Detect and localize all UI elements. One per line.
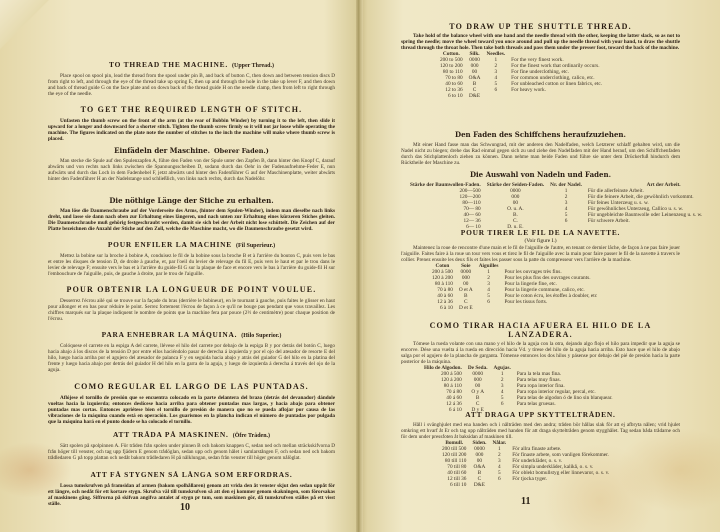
right-page: To Draw Up the Shuttle Thread. Take hold… (363, 0, 720, 532)
table-cell: D&E (466, 93, 484, 99)
section-thread-machine-es: Para Enhebrar la Máquina.(Hilo Superior.… (48, 330, 335, 373)
table-cell: D et E (456, 305, 476, 311)
table-cell: 6 till 10 (439, 482, 469, 488)
left-page: To Thread the Machine.(Upper Thread.) Pl… (0, 0, 357, 532)
section-title: Den Faden des Schiffchens heraufzuziehen… (401, 130, 680, 139)
table-cell: 6 to 10 (437, 93, 466, 99)
section-shuttle-thread-es: Como Tirar Hacia Afuera el Hilo de la La… (401, 321, 680, 413)
section-text: Desserrez l'écrou ailé qui se trouve sur… (48, 298, 335, 322)
section-thread-machine-fr: Pour Enfiler la Machine(Fil Superieur.) … (48, 240, 335, 277)
table-cell (476, 305, 502, 311)
section-thread-machine-de: Einfädeln der Maschine.Oberer Faden.) Ma… (48, 146, 335, 182)
table-cell (489, 482, 509, 488)
section-shuttle-thread-fr: Pour Tirer le Fil de la Navette. (Voir f… (401, 228, 680, 311)
section-stitch-length-sv: Att få Stygnen så Långa som Erfordras. L… (48, 470, 335, 507)
section-thread-machine-en: To Thread the Machine.(Upper Thread.) Pl… (48, 60, 335, 97)
section-title: Die nöthige Länge der Stiche zu erhalten… (48, 196, 335, 205)
section-shuttle-thread-en: To Draw Up the Shuttle Thread. Take hold… (401, 22, 680, 99)
section-stitch-length-es: Como Regular el Largo de las Puntadas. A… (48, 382, 335, 425)
section-text: Unfasten the thumb screw on the front of… (48, 118, 335, 142)
section-shuttle-thread-sv: Att Draga upp Skytteltråden. Håll i svän… (401, 410, 680, 488)
table-cell (508, 93, 605, 99)
thread-table-en: Cotton.Silk.Needles.200 to 50000001For t… (437, 51, 605, 99)
table-cell (509, 482, 612, 488)
section-title: Pour Tirer le Fil de la Navette. (401, 228, 680, 237)
section-text: Place spool on spool pin, lead the threa… (48, 73, 335, 97)
section-text: Lossa tumskrufven på framsidan af armen … (48, 483, 335, 507)
section-text: Man stecke die Spule auf den Spulenzapfe… (48, 158, 335, 182)
thread-table-de: Stärke der Baumwollen-Faden.Stärke der S… (407, 182, 705, 230)
section-text: Håll i svänghjulet med ena handen och i … (401, 422, 680, 440)
thread-table-es: Hilo de Algodon.De Seda.Agujas.200 á 500… (421, 365, 616, 413)
section-needle-selection-de: Die Auswahl von Nadeln und Faden. Stärke… (401, 170, 680, 230)
section-thread-machine-sv: Att Träda på Maskinen.(Öfre Tråden.) Sät… (48, 430, 335, 461)
section-text: Mit einer Hand fasse man das Schwungrad,… (401, 142, 680, 166)
page-number: 11 (521, 496, 530, 507)
book-gutter (356, 0, 363, 532)
section-title: Para Enhebrar la Máquina.(Hilo Superior.… (48, 330, 335, 339)
section-title: Pour Enfiler la Machine(Fil Superieur.) (48, 240, 335, 249)
section-text: Man löse die Daumenschraube auf der Vord… (48, 208, 335, 232)
section-title: Die Auswahl von Nadeln und Faden. (401, 170, 680, 179)
section-title: Att få Stygnen så Långa som Erfordras. (48, 470, 335, 479)
section-title: To Draw Up the Shuttle Thread. (401, 22, 680, 31)
table-cell: 6 à 10 (429, 305, 456, 311)
section-stitch-length-de: Die nöthige Länge der Stiche zu erhalten… (48, 196, 335, 232)
section-stitch-length-en: To Get the Required Length of Stitch. Un… (48, 105, 335, 142)
section-title: Pour Obtenir la Longueur de Point Voulue… (48, 285, 335, 294)
page-number: 10 (180, 502, 190, 513)
thread-table-sv: Bomull.Siden.Nålar.200 till 50000001För … (439, 440, 612, 488)
section-text: Maintenez la roue de rencontre d'une mai… (401, 245, 680, 263)
section-text: Mettez la bobine sur la broche à bobine … (48, 253, 335, 277)
section-shuttle-thread-de: Den Faden des Schiffchens heraufzuziehen… (401, 130, 680, 166)
section-stitch-length-fr: Pour Obtenir la Longueur de Point Voulue… (48, 285, 335, 322)
section-title: Att Träda på Maskinen.(Öfre Tråden.) (48, 430, 335, 439)
section-title: Como Tirar Hacia Afuera el Hilo de la La… (401, 321, 680, 339)
table-row: 6 to 10D&E (437, 93, 605, 99)
table-header-row: Stärke der Baumwollen-Faden.Stärke der S… (407, 182, 705, 188)
section-text: Tómese la rueda volante con una mano y e… (401, 341, 680, 365)
table-row: 6 till 10D&E (439, 482, 612, 488)
section-text: Aflójese el tornillo de presión que se e… (48, 395, 335, 425)
manual-spread: To Thread the Machine.(Upper Thread.) Pl… (0, 0, 720, 532)
section-title: Como Regular el Largo de las Puntadas. (48, 382, 335, 391)
section-text: Colóquese el carrete en la espiga A del … (48, 343, 335, 373)
section-title: To Thread the Machine.(Upper Thread.) (48, 60, 335, 69)
table-cell (483, 93, 508, 99)
section-title: Einfädeln der Maschine.Oberer Faden.) (48, 146, 335, 155)
table-cell (501, 305, 600, 311)
section-text: Take hold of the balance wheel with one … (401, 33, 680, 51)
section-text: Sätt spolen på spolpinnen A. För tråden … (48, 443, 335, 461)
table-row: 6 à 10D et E (429, 305, 600, 311)
figure-note: (Voir figure I.) (401, 238, 680, 244)
thread-table-fr: CotonSoieAiguilles200 à 50000001Pour les… (429, 263, 600, 311)
section-title: To Get the Required Length of Stitch. (48, 105, 335, 114)
section-title: Att Draga upp Skytteltråden. (401, 410, 680, 419)
table-cell: D&E (469, 482, 489, 488)
